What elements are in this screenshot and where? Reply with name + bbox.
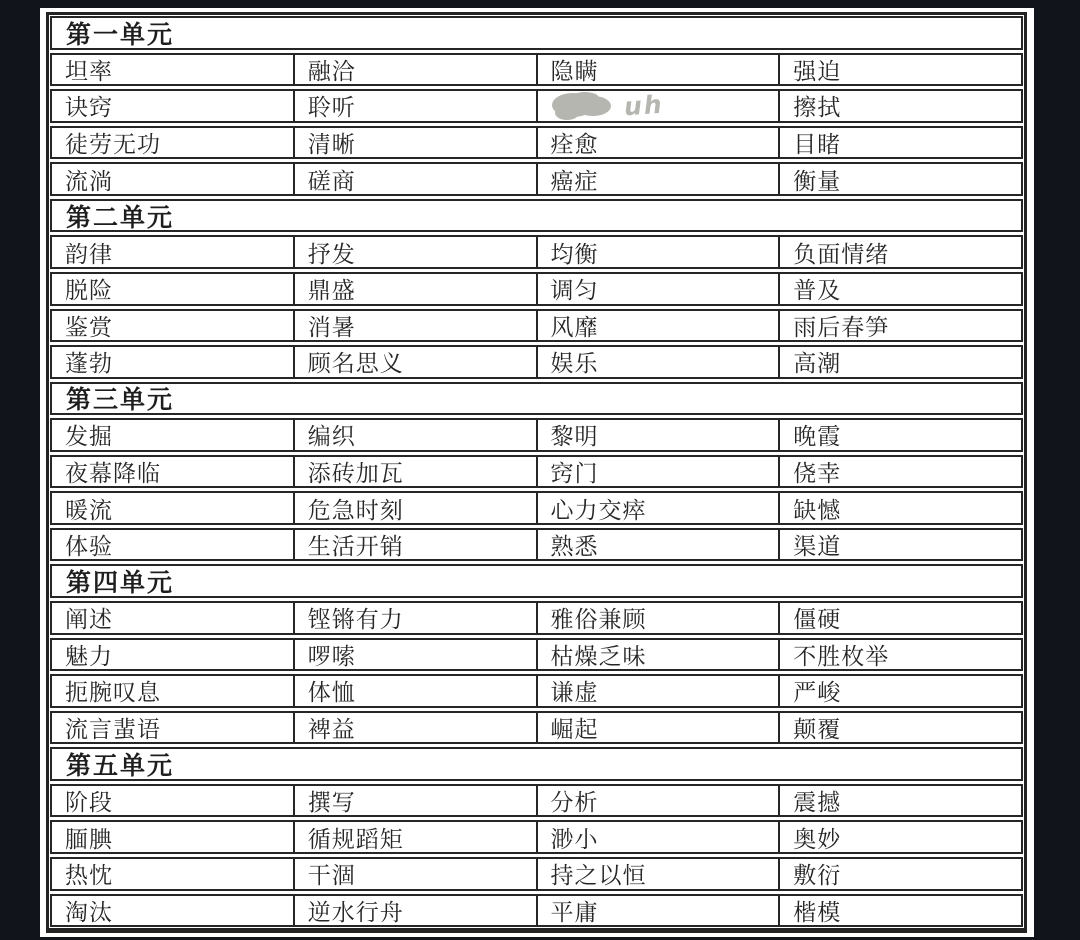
table-row: 体验生活开销熟悉渠道 — [50, 528, 1023, 562]
word-cell: 坦率 — [52, 55, 295, 85]
word-cell: 目睹 — [780, 128, 1021, 158]
word-cell: 热忱 — [52, 859, 295, 889]
word-cell: 阐述 — [52, 603, 295, 633]
word-cell: 谦虚 — [538, 676, 781, 706]
word-text: 癌症 — [551, 164, 599, 194]
word-text: 抒发 — [308, 237, 356, 267]
word-cell: 聆听 — [295, 91, 538, 121]
word-cell: 魅力 — [52, 640, 295, 670]
handwritten-annotation: uh — [623, 91, 665, 121]
word-text: 平庸 — [551, 896, 599, 926]
unit-header: 第二单元 — [50, 199, 1023, 233]
word-text: 阶段 — [65, 786, 113, 816]
word-cell: 雅俗兼顾 — [538, 603, 781, 633]
word-text: 裨益 — [308, 713, 356, 743]
word-text: 鉴赏 — [65, 311, 113, 341]
word-cell: 雨后春笋 — [780, 311, 1021, 341]
word-text: 渺小 — [551, 822, 599, 852]
table-row: 魅力啰嗦枯燥乏味不胜枚举 — [50, 638, 1023, 672]
word-cell: 鼎盛 — [295, 274, 538, 304]
word-cell: 擦拭 — [780, 91, 1021, 121]
word-text: 添砖加瓦 — [308, 457, 404, 487]
word-text: 脱险 — [65, 274, 113, 304]
table-row: 发掘编织黎明晚霞 — [50, 418, 1023, 452]
word-cell: 奥妙 — [780, 822, 1021, 852]
word-cell: 发掘 — [52, 420, 295, 450]
word-cell: 流言蜚语 — [52, 713, 295, 743]
word-cell: 体验 — [52, 530, 295, 560]
word-cell: 衡量 — [780, 164, 1021, 194]
word-cell: 编织 — [295, 420, 538, 450]
word-cell: 熟悉 — [538, 530, 781, 560]
word-cell: 强迫 — [780, 55, 1021, 85]
unit-header: 第一单元 — [50, 16, 1023, 50]
word-cell: 干涸 — [295, 859, 538, 889]
word-cell: 平庸 — [538, 896, 781, 926]
word-cell: 僵硬 — [780, 603, 1021, 633]
word-text: 啰嗦 — [308, 640, 356, 670]
word-text: 消暑 — [308, 311, 356, 341]
word-text: 徒劳无功 — [65, 128, 161, 158]
table-row: 流淌磋商癌症衡量 — [50, 162, 1023, 196]
word-text: 体恤 — [308, 676, 356, 706]
word-cell: 渠道 — [780, 530, 1021, 560]
word-cell: 流淌 — [52, 164, 295, 194]
table-row: 腼腆循规蹈矩渺小奥妙 — [50, 820, 1023, 854]
word-text: 擦拭 — [793, 91, 841, 121]
document-page: 第一单元坦率融洽隐瞒强迫诀窍聆听uh擦拭徒劳无功清晰痊愈目睹流淌磋商癌症衡量第二… — [40, 8, 1034, 937]
word-text: 目睹 — [793, 128, 841, 158]
word-text: 雅俗兼顾 — [551, 603, 647, 633]
word-cell: 高潮 — [780, 347, 1021, 377]
word-text: 痊愈 — [551, 128, 599, 158]
word-text: 磋商 — [308, 164, 356, 194]
word-text: 编织 — [308, 420, 356, 450]
unit-header: 第四单元 — [50, 564, 1023, 598]
table-row: 阶段撰写分析震撼 — [50, 784, 1023, 818]
table-row: 徒劳无功清晰痊愈目睹 — [50, 126, 1023, 160]
word-text: 热忱 — [65, 859, 113, 889]
word-text: 坦率 — [65, 55, 113, 85]
word-text: 均衡 — [551, 237, 599, 267]
word-text: 流言蜚语 — [65, 713, 161, 743]
word-cell: 普及 — [780, 274, 1021, 304]
word-cell: 体恤 — [295, 676, 538, 706]
word-cell: 调匀 — [538, 274, 781, 304]
word-cell: 侥幸 — [780, 457, 1021, 487]
word-cell: 顾名思义 — [295, 347, 538, 377]
word-text: 敷衍 — [793, 859, 841, 889]
word-cell: 磋商 — [295, 164, 538, 194]
word-cell: 蓬勃 — [52, 347, 295, 377]
word-text: 体验 — [65, 530, 113, 560]
word-cell: 腼腆 — [52, 822, 295, 852]
word-cell: 均衡 — [538, 237, 781, 267]
table-row: 夜幕降临添砖加瓦窍门侥幸 — [50, 455, 1023, 489]
word-cell: 严峻 — [780, 676, 1021, 706]
word-cell: 心力交瘁 — [538, 493, 781, 523]
word-text: 循规蹈矩 — [308, 822, 404, 852]
word-cell: 不胜枚举 — [780, 640, 1021, 670]
word-text: 心力交瘁 — [551, 493, 647, 523]
word-text: 崛起 — [551, 713, 599, 743]
vocabulary-table: 第一单元坦率融洽隐瞒强迫诀窍聆听uh擦拭徒劳无功清晰痊愈目睹流淌磋商癌症衡量第二… — [46, 12, 1027, 933]
unit-header: 第五单元 — [50, 747, 1023, 781]
word-cell: 撰写 — [295, 786, 538, 816]
word-cell: 暖流 — [52, 493, 295, 523]
word-cell: 黎明 — [538, 420, 781, 450]
word-cell: 缺憾 — [780, 493, 1021, 523]
word-text: 危急时刻 — [308, 493, 404, 523]
word-text: 隐瞒 — [551, 55, 599, 85]
table-row: 阐述铿锵有力雅俗兼顾僵硬 — [50, 601, 1023, 635]
word-text: 阐述 — [65, 603, 113, 633]
word-text: 雨后春笋 — [793, 311, 889, 341]
word-cell: 风靡 — [538, 311, 781, 341]
scribble-blob-icon — [551, 91, 615, 121]
word-text: 晚霞 — [793, 420, 841, 450]
word-text: 干涸 — [308, 859, 356, 889]
word-text: 熟悉 — [551, 530, 599, 560]
word-text: 淘汰 — [65, 896, 113, 926]
word-cell: 痊愈 — [538, 128, 781, 158]
table-row: 热忱干涸持之以恒敷衍 — [50, 857, 1023, 891]
word-cell: 鉴赏 — [52, 311, 295, 341]
word-cell: 癌症 — [538, 164, 781, 194]
word-cell: 崛起 — [538, 713, 781, 743]
word-cell: 危急时刻 — [295, 493, 538, 523]
word-cell: 负面情绪 — [780, 237, 1021, 267]
word-cell: 颠覆 — [780, 713, 1021, 743]
word-text: 高潮 — [793, 347, 841, 377]
word-text: 调匀 — [551, 274, 599, 304]
table-row: 扼腕叹息体恤谦虚严峻 — [50, 674, 1023, 708]
word-text: 撰写 — [308, 786, 356, 816]
word-cell: 添砖加瓦 — [295, 457, 538, 487]
word-text: 分析 — [551, 786, 599, 816]
word-cell: 徒劳无功 — [52, 128, 295, 158]
word-cell: 楷模 — [780, 896, 1021, 926]
word-text: 顾名思义 — [308, 347, 404, 377]
word-cell: 夜幕降临 — [52, 457, 295, 487]
word-text: 蓬勃 — [65, 347, 113, 377]
word-cell: 融洽 — [295, 55, 538, 85]
word-text: 韵律 — [65, 237, 113, 267]
table-row: 韵律抒发均衡负面情绪 — [50, 235, 1023, 269]
word-cell: 持之以恒 — [538, 859, 781, 889]
word-text: 衡量 — [793, 164, 841, 194]
word-cell: 啰嗦 — [295, 640, 538, 670]
word-text: 铿锵有力 — [308, 603, 404, 633]
word-text: 不胜枚举 — [793, 640, 889, 670]
word-text: 诀窍 — [65, 91, 113, 121]
word-text: 逆水行舟 — [308, 896, 404, 926]
word-text: 风靡 — [551, 311, 599, 341]
word-cell: 诀窍 — [52, 91, 295, 121]
word-cell: 娱乐 — [538, 347, 781, 377]
word-cell: uh — [538, 91, 781, 121]
word-cell: 窍门 — [538, 457, 781, 487]
word-cell: 生活开销 — [295, 530, 538, 560]
word-text: 娱乐 — [551, 347, 599, 377]
table-row: 蓬勃顾名思义娱乐高潮 — [50, 345, 1023, 379]
word-text: 颠覆 — [793, 713, 841, 743]
scribbled-out-word: uh — [551, 91, 664, 121]
word-cell: 淘汰 — [52, 896, 295, 926]
word-text: 聆听 — [308, 91, 356, 121]
word-text: 生活开销 — [308, 530, 404, 560]
table-row: 诀窍聆听uh擦拭 — [50, 89, 1023, 123]
table-row: 鉴赏消暑风靡雨后春笋 — [50, 309, 1023, 343]
word-text: 严峻 — [793, 676, 841, 706]
word-text: 黎明 — [551, 420, 599, 450]
word-cell: 循规蹈矩 — [295, 822, 538, 852]
word-cell: 消暑 — [295, 311, 538, 341]
word-cell: 逆水行舟 — [295, 896, 538, 926]
word-cell: 晚霞 — [780, 420, 1021, 450]
word-cell: 阶段 — [52, 786, 295, 816]
word-cell: 枯燥乏味 — [538, 640, 781, 670]
table-row: 淘汰逆水行舟平庸楷模 — [50, 894, 1023, 928]
word-cell: 韵律 — [52, 237, 295, 267]
unit-header: 第三单元 — [50, 382, 1023, 416]
word-text: 渠道 — [793, 530, 841, 560]
word-text: 窍门 — [551, 457, 599, 487]
word-cell: 隐瞒 — [538, 55, 781, 85]
word-cell: 分析 — [538, 786, 781, 816]
word-text: 持之以恒 — [551, 859, 647, 889]
word-text: 扼腕叹息 — [65, 676, 161, 706]
word-text: 枯燥乏味 — [551, 640, 647, 670]
table-row: 坦率融洽隐瞒强迫 — [50, 53, 1023, 87]
word-text: 暖流 — [65, 493, 113, 523]
word-text: 流淌 — [65, 164, 113, 194]
word-text: 楷模 — [793, 896, 841, 926]
word-text: 震撼 — [793, 786, 841, 816]
table-row: 暖流危急时刻心力交瘁缺憾 — [50, 491, 1023, 525]
word-text: 魅力 — [65, 640, 113, 670]
word-text: 普及 — [793, 274, 841, 304]
word-text: 腼腆 — [65, 822, 113, 852]
word-cell: 敷衍 — [780, 859, 1021, 889]
word-cell: 渺小 — [538, 822, 781, 852]
word-text: 僵硬 — [793, 603, 841, 633]
word-text: 发掘 — [65, 420, 113, 450]
word-text: 缺憾 — [793, 493, 841, 523]
word-cell: 震撼 — [780, 786, 1021, 816]
word-cell: 裨益 — [295, 713, 538, 743]
word-cell: 扼腕叹息 — [52, 676, 295, 706]
word-cell: 铿锵有力 — [295, 603, 538, 633]
word-text: 强迫 — [793, 55, 841, 85]
word-cell: 脱险 — [52, 274, 295, 304]
word-cell: 清晰 — [295, 128, 538, 158]
table-row: 流言蜚语裨益崛起颠覆 — [50, 711, 1023, 745]
table-row: 脱险鼎盛调匀普及 — [50, 272, 1023, 306]
word-text: 融洽 — [308, 55, 356, 85]
word-text: 清晰 — [308, 128, 356, 158]
word-text: 侥幸 — [793, 457, 841, 487]
word-text: 谦虚 — [551, 676, 599, 706]
word-text: 奥妙 — [793, 822, 841, 852]
word-text: 夜幕降临 — [65, 457, 161, 487]
word-text: 负面情绪 — [793, 237, 889, 267]
word-text: 鼎盛 — [308, 274, 356, 304]
word-cell: 抒发 — [295, 237, 538, 267]
